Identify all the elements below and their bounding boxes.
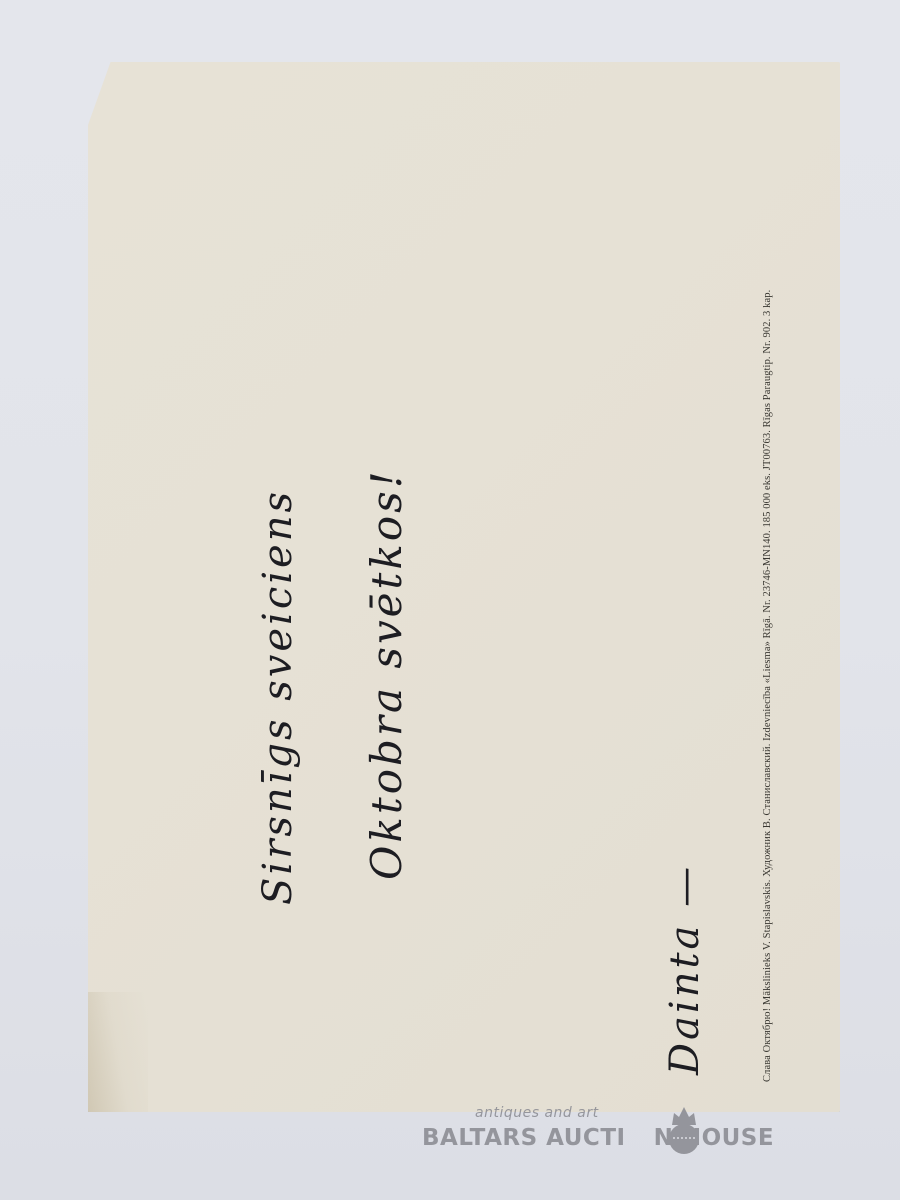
handwritten-greeting-line1: Sirsnīgs sveiciens	[255, 489, 301, 905]
handwritten-signature: Dainta —	[662, 864, 708, 1075]
auction-house-watermark: antiques and art BALTARS AUCTIN HOUSE	[420, 1105, 820, 1165]
watermark-brand-left: BALTARS AUCTI	[422, 1125, 626, 1151]
logo-dots	[673, 1137, 695, 1141]
logo-circle-icon	[669, 1124, 699, 1154]
watermark-brand: BALTARS AUCTIN HOUSE	[422, 1125, 774, 1151]
publisher-imprint: Слава Октябрю! Mākslinieks V. Stapislavs…	[762, 97, 773, 1082]
crown-icon	[669, 1105, 699, 1125]
handwritten-greeting-line2: Oktobra svētkos!	[362, 468, 411, 880]
watermark-tagline: antiques and art	[475, 1105, 599, 1121]
postcard-back	[88, 62, 840, 1112]
corner-wear	[88, 992, 148, 1112]
